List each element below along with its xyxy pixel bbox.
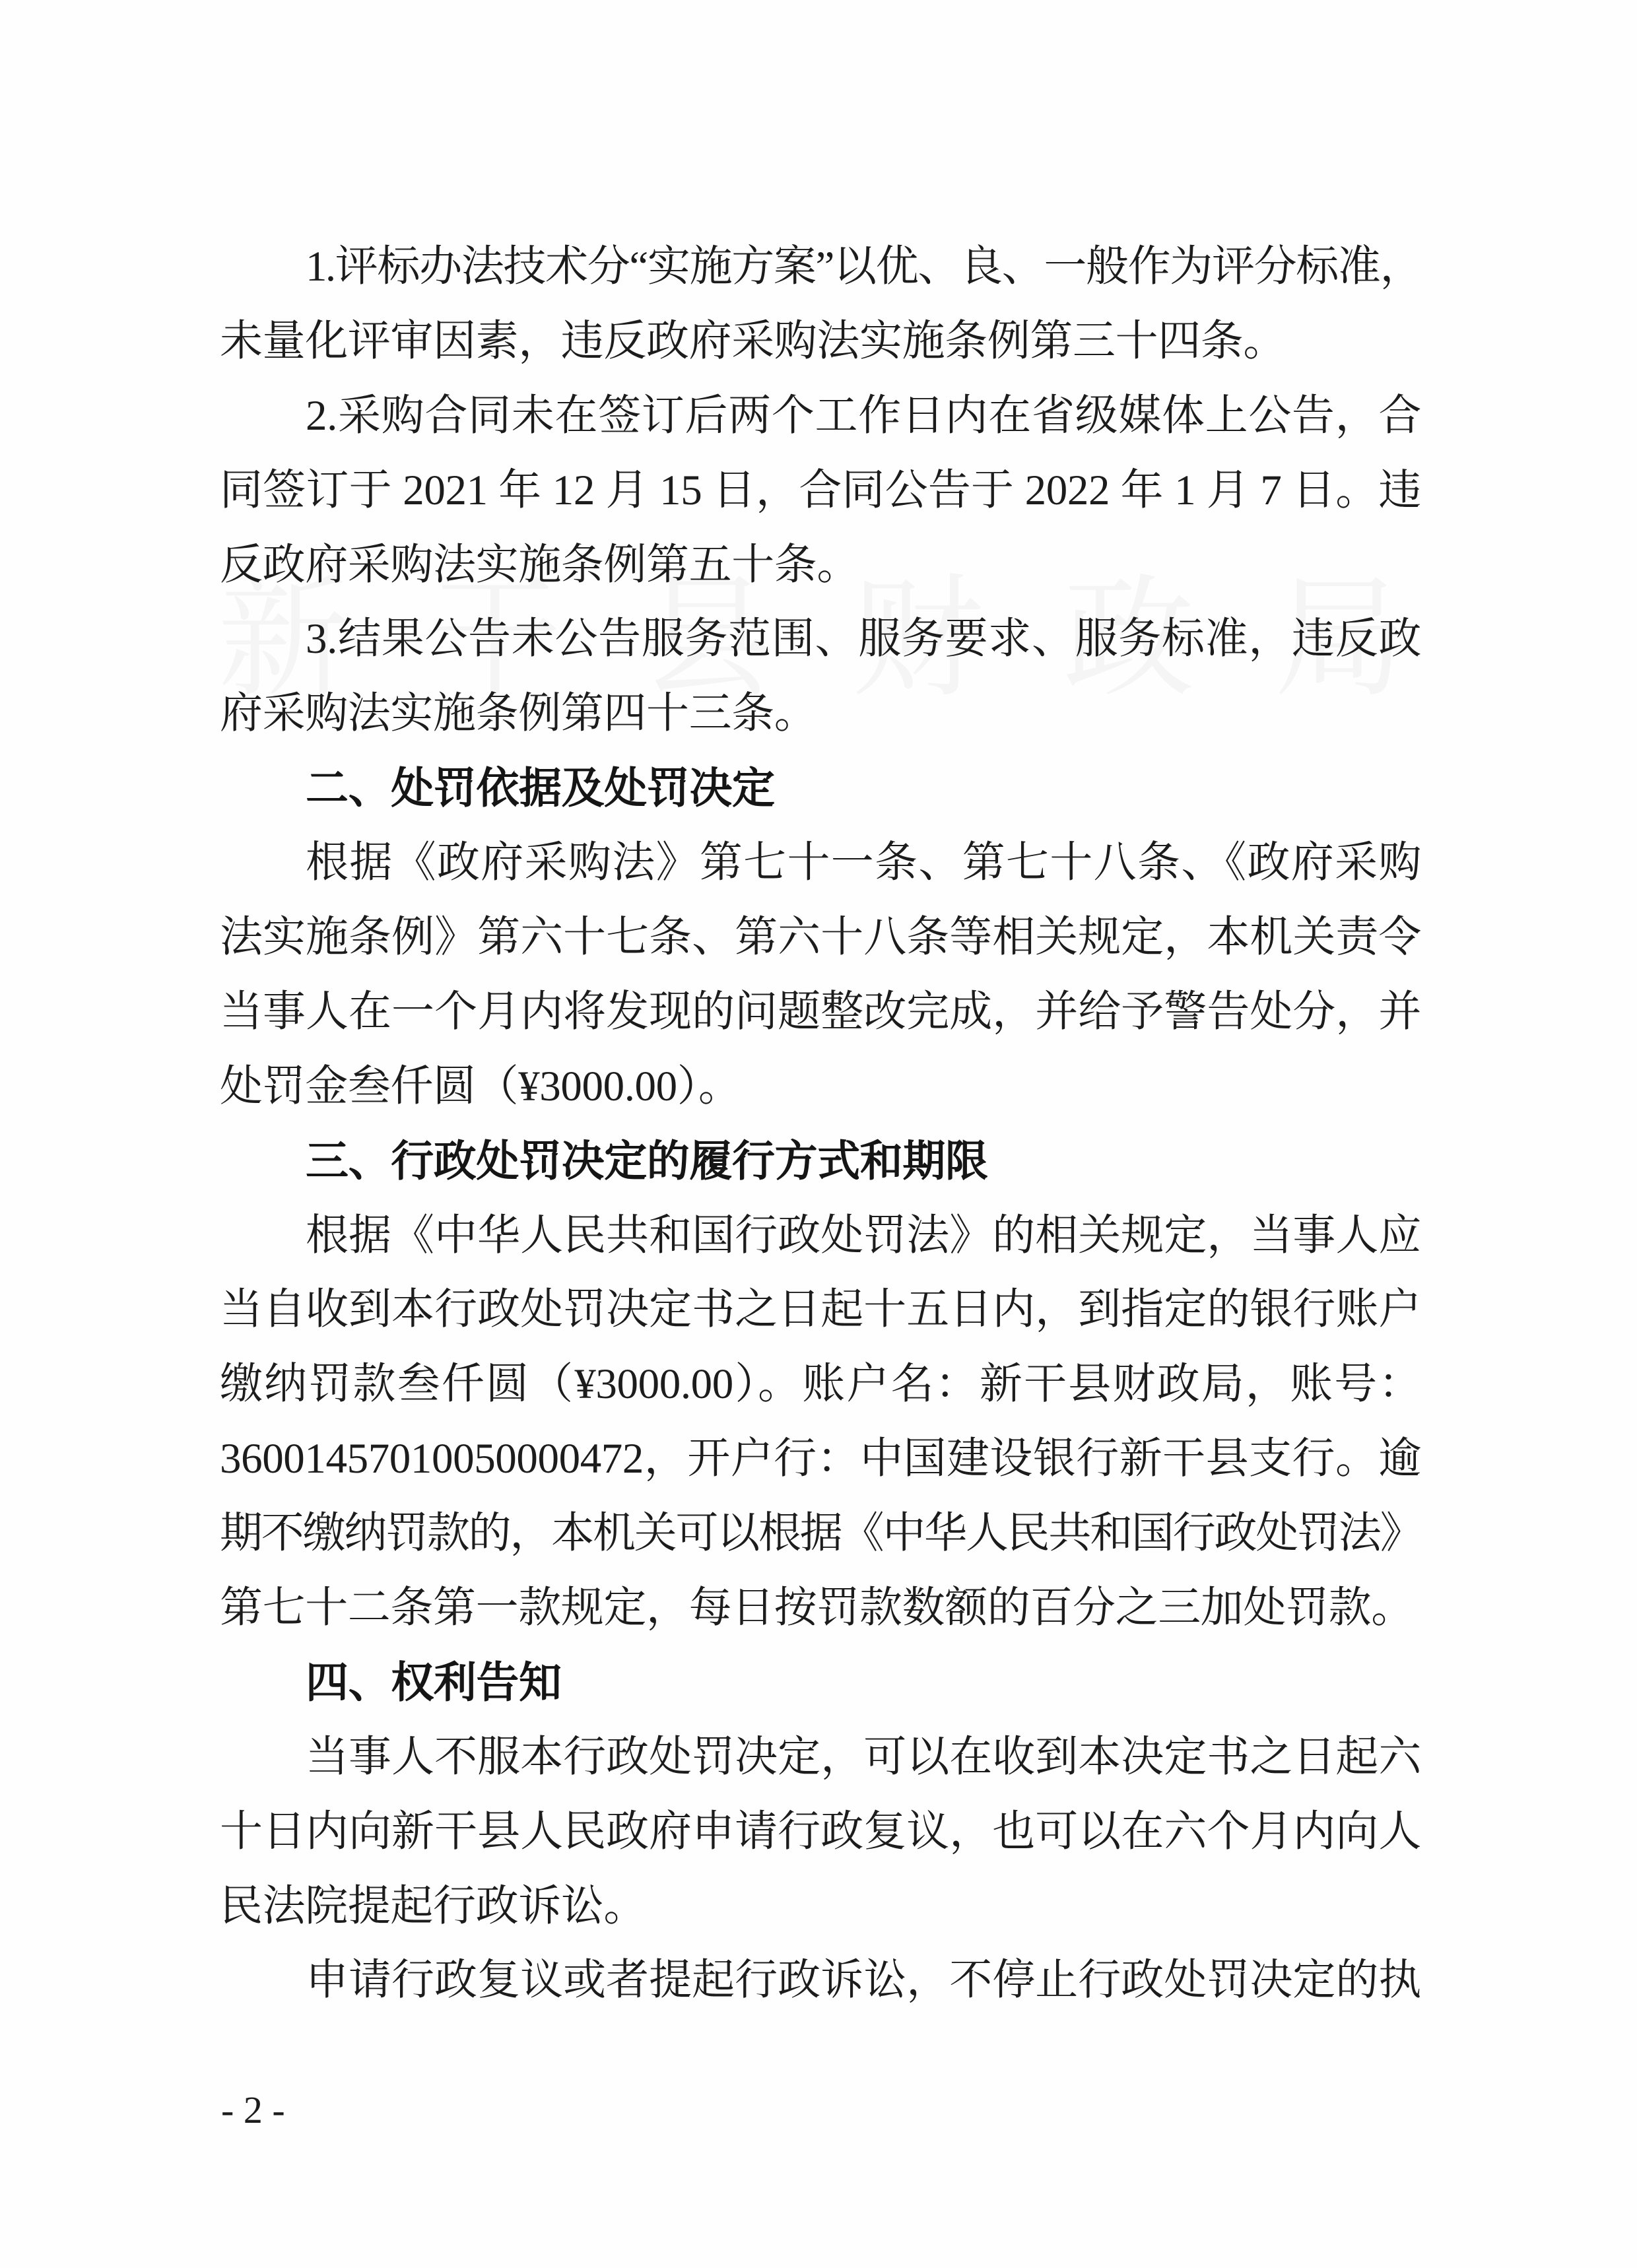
text-line: 同签订于 2021 年 12 月 15 日，合同公告于 2022 年 1 月 7… [220,453,1421,528]
text-line: 根据《中华人民共和国行政处罚法》的相关规定，当事人应 [220,1199,1421,1273]
text-line: 反政府采购法实施条例第五十条。 [220,528,1421,603]
text-line: 未量化评审因素，违反政府采购法实施条例第三十四条。 [220,304,1421,379]
text-line: 当事人在一个月内将发现的问题整改完成，并给予警告处分，并 [220,975,1421,1050]
section-heading-penalty-basis: 二、处罚依据及处罚决定 [220,751,1421,826]
page-number: - 2 - [221,2091,285,2129]
text-line: 府采购法实施条例第四十三条。 [220,677,1421,751]
text-line: 处罚金叁仟圆（¥3000.00）。 [220,1050,1421,1124]
text-line: 申请行政复议或者提起行政诉讼，不停止行政处罚决定的执 [220,1943,1421,2018]
text-line: 1.评标办法技术分“实施方案”以优、良、一般作为评分标准， [220,230,1421,304]
text-line: 第七十二条第一款规定，每日按罚款数额的百分之三加处罚款。 [220,1571,1421,1646]
text-line: 民法院提起行政诉讼。 [220,1869,1421,1944]
text-line: 期不缴纳罚款的，本机关可以根据《中华人民共和国行政处罚法》 [220,1496,1421,1571]
rights-paragraph: 当事人不服本行政处罚决定，可以在收到本决定书之日起六 十日内向新干县人民政府申请… [220,1720,1421,1944]
finding-item-1: 1.评标办法技术分“实施方案”以优、良、一般作为评分标准， 未量化评审因素，违反… [220,230,1421,379]
text-line: 缴纳罚款叁仟圆（¥3000.00）。账户名：新干县财政局，账号： [220,1347,1421,1422]
text-line: 法实施条例》第六十七条、第六十八条等相关规定，本机关责令 [220,900,1421,975]
section-heading-rights-notice: 四、权利告知 [220,1646,1421,1720]
payment-instructions-paragraph: 根据《中华人民共和国行政处罚法》的相关规定，当事人应 当自收到本行政处罚决定书之… [220,1199,1421,1646]
text-line: 3.结果公告未公告服务范围、服务要求、服务标准，违反政 [220,602,1421,677]
finding-item-2: 2.采购合同未在签订后两个工作日内在省级媒体上公告，合 同签订于 2021 年 … [220,379,1421,603]
penalty-basis-paragraph: 根据《政府采购法》第七十一条、第七十八条、《政府采购 法实施条例》第六十七条、第… [220,826,1421,1124]
document-page: 新干县财政局 1.评标办法技术分“实施方案”以优、良、一般作为评分标准， 未量化… [0,0,1637,2268]
text-line: 当事人不服本行政处罚决定，可以在收到本决定书之日起六 [220,1720,1421,1795]
finding-item-3: 3.结果公告未公告服务范围、服务要求、服务标准，违反政 府采购法实施条例第四十三… [220,602,1421,751]
section-heading-performance-method: 三、行政处罚决定的履行方式和期限 [220,1124,1421,1199]
text-line: 十日内向新干县人民政府申请行政复议，也可以在六个月内向人 [220,1795,1421,1869]
bank-account-line: 36001457010050000472，开户行：中国建设银行新干县支行。逾 [220,1422,1421,1496]
text-line: 当自收到本行政处罚决定书之日起十五日内，到指定的银行账户 [220,1273,1421,1347]
document-body: 1.评标办法技术分“实施方案”以优、良、一般作为评分标准， 未量化评审因素，违反… [220,230,1421,2018]
text-line: 2.采购合同未在签订后两个工作日内在省级媒体上公告，合 [220,379,1421,453]
non-suspension-paragraph: 申请行政复议或者提起行政诉讼，不停止行政处罚决定的执 [220,1943,1421,2018]
text-line: 根据《政府采购法》第七十一条、第七十八条、《政府采购 [220,826,1421,900]
